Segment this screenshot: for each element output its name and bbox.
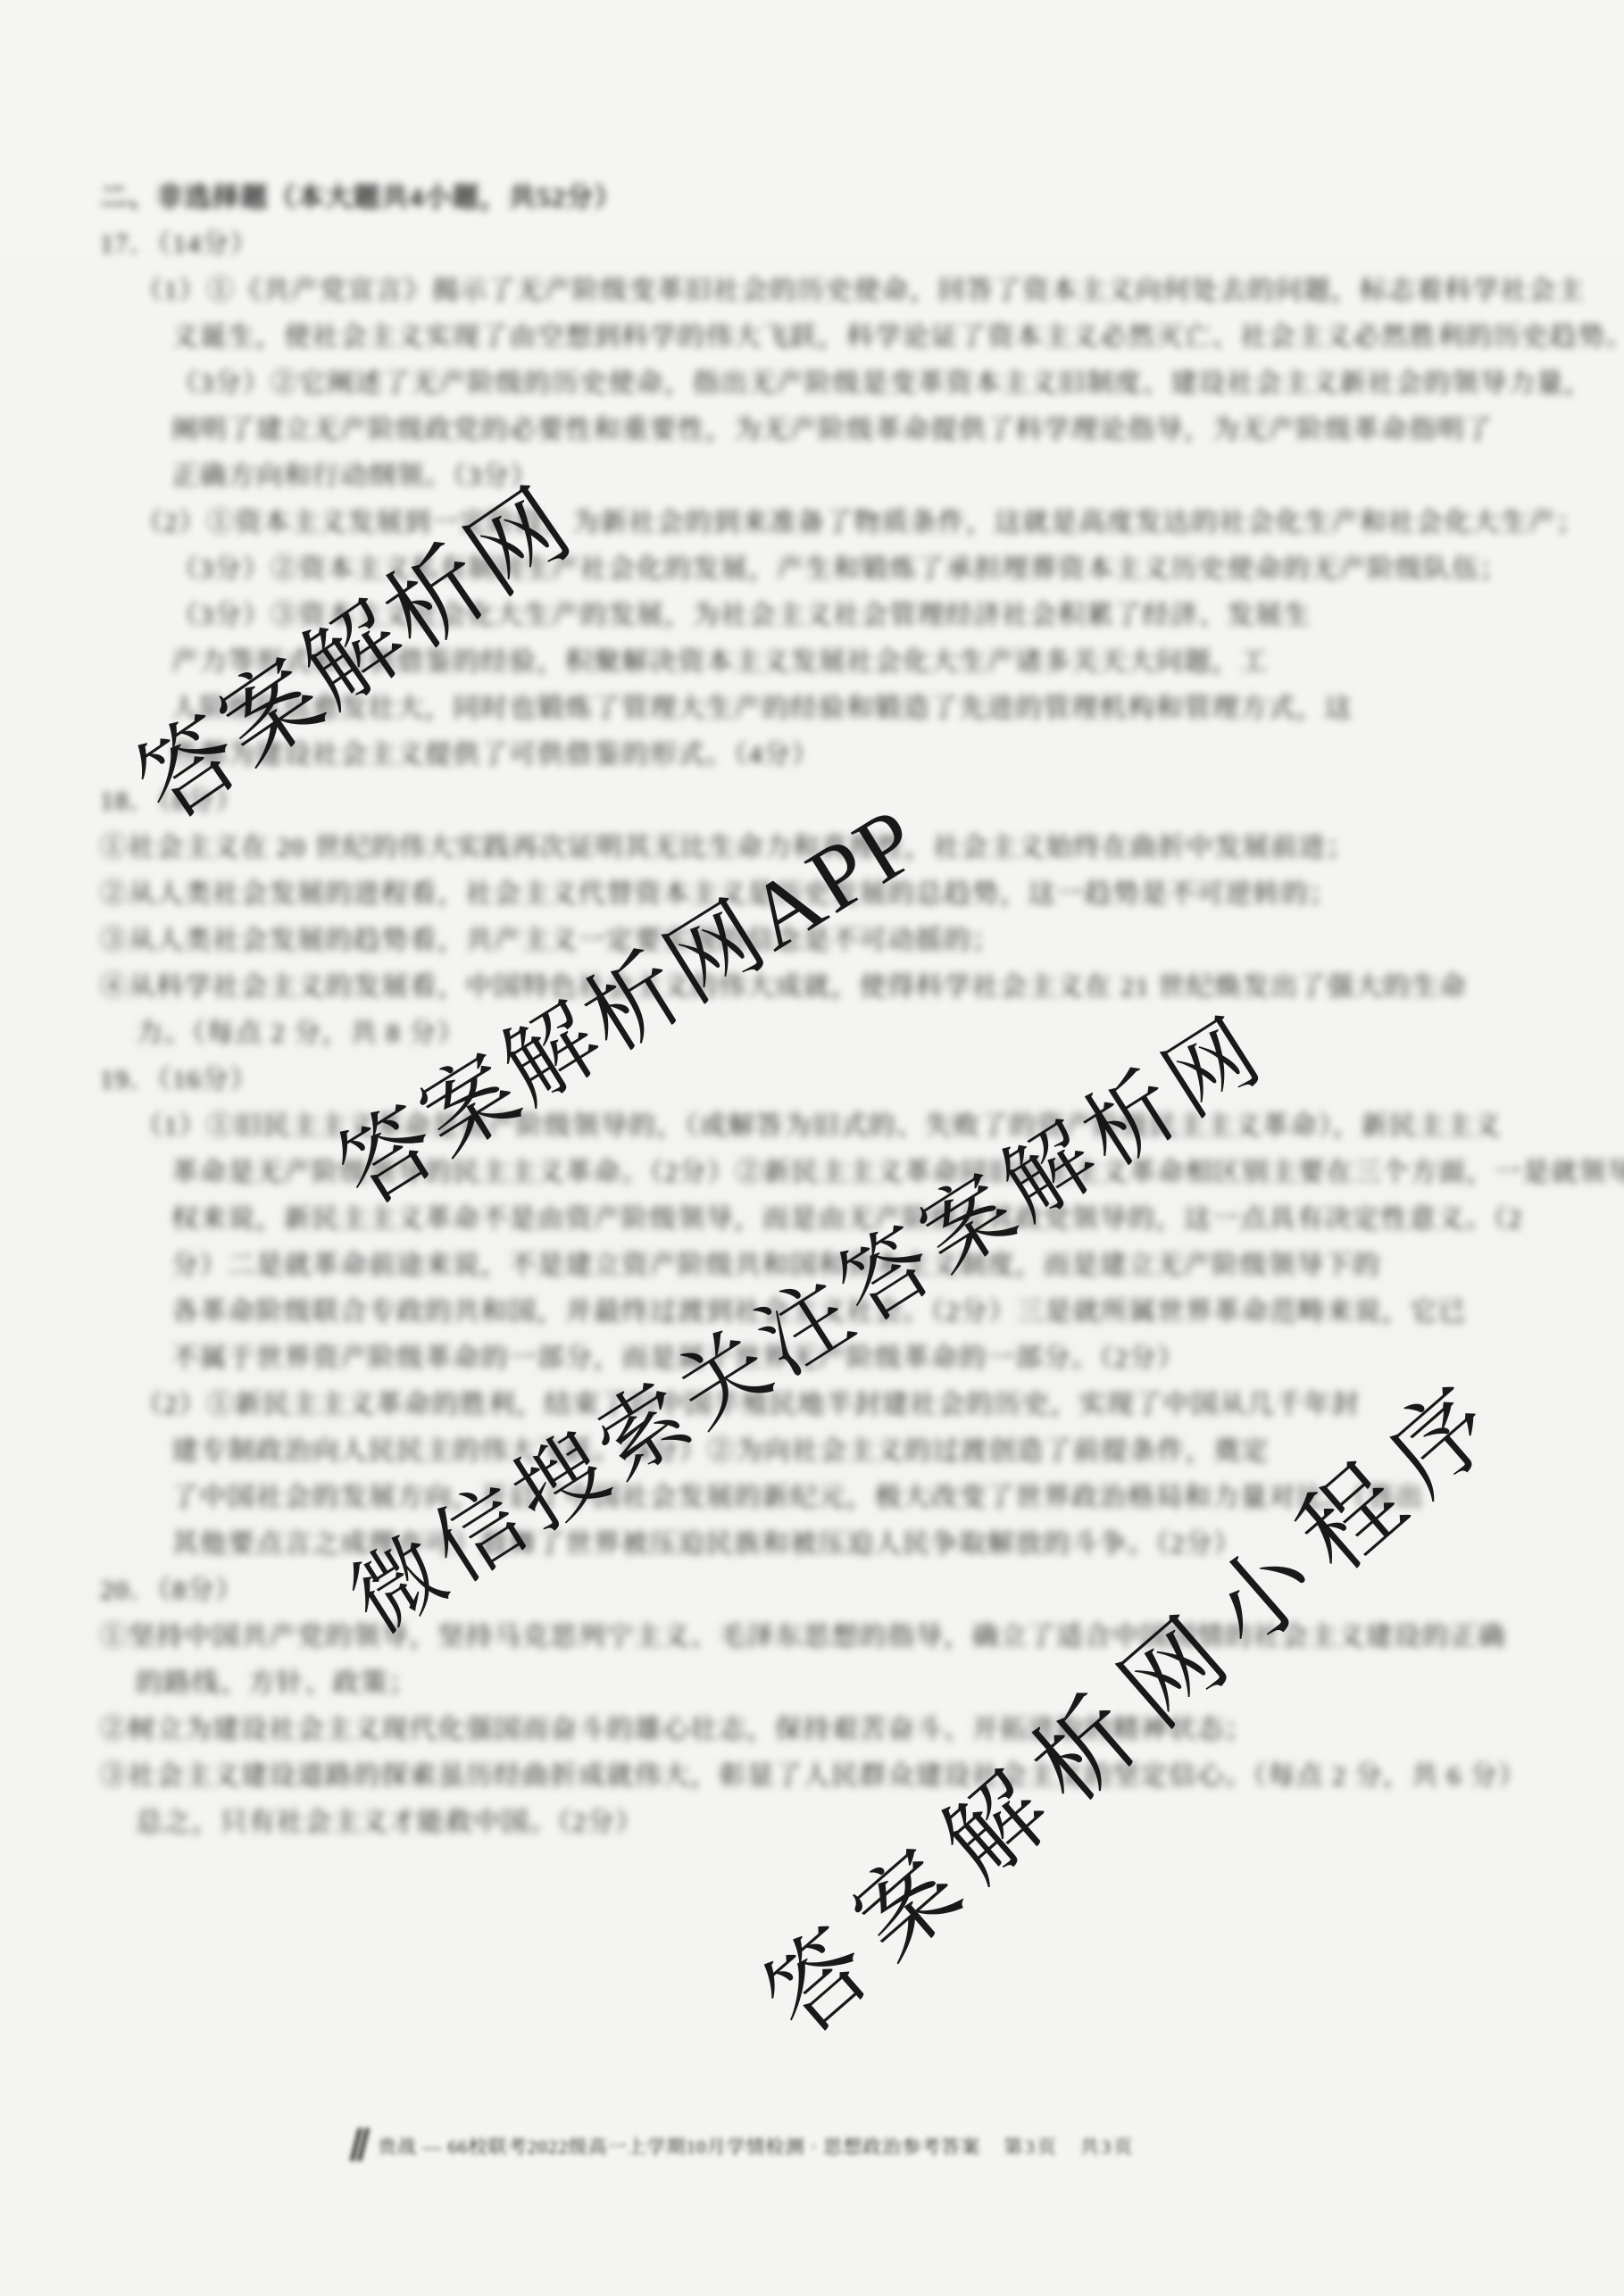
text-line: 的路线、方针、政策； — [100, 1660, 1528, 1707]
text-line: 总之，只有社会主义才能救中国。（2分） — [100, 1800, 1528, 1846]
text-line: 产力等形式和可供借鉴的经验，积聚解决资本主义发展社会化大生产诸多关天大问题，工 — [100, 639, 1528, 686]
section-heading: 二、非选择题（本大题共4小题，共52分） — [100, 175, 1528, 221]
text-line: 不属于世界资产阶级革命的一部分，而是属于世界无产阶级革命的一部分。（2分） — [100, 1335, 1528, 1382]
text-line: （3分）②资本主义私有制同生产社会化的发展，产生和锻炼了承担埋葬资本主义历史使命… — [100, 546, 1528, 593]
text-line: 18．（8分） — [100, 778, 1528, 825]
text-line: （2）①新民主主义革命的胜利，结束了旧中国半殖民地半封建社会的历史，实现了中国从… — [100, 1382, 1528, 1428]
text-line: ③社会主义建设道路的探索虽历经曲折成就伟大，彰显了人民群众建设社会主义的坚定信心… — [100, 1753, 1528, 1800]
text-line: （3分）②它阐述了无产阶级的历史使命，指出无产阶级是变革资本主义旧制度、建设社会… — [100, 361, 1528, 407]
text-line: 正确方向和行动纲领。（3分） — [100, 453, 1528, 500]
text-line: 人阶级队伍愈发壮大，同时也锻炼了管理大生产的经验和锻造了先进的管理机构和管理方式… — [100, 686, 1528, 732]
text-line: 19．（16分） — [100, 1057, 1528, 1103]
text-line: 建专制政治向人民民主的伟大飞跃。（4分）②为向社会主义的过渡创造了前提条件，奠定 — [100, 1428, 1528, 1475]
text-line: ④从科学社会主义的发展看，中国特色社会主义的伟大成就，使得科学社会主义在 21 … — [100, 964, 1528, 1011]
text-line: （3分）③资本主义社会化大生产的发展，为社会主义社会管理经济社会积累了经济、发展… — [100, 593, 1528, 639]
page-footer: ∥ 贵战 — 66校联考2022级高一上学期10月学情检测 · 思想政治参考答案… — [350, 2128, 1135, 2164]
publisher-logo-icon: ∥ — [346, 2128, 373, 2164]
text-line: 其他要点言之成理亦可）鼓舞了世界被压迫民族和被压迫人民争取解放的斗争。（2分） — [100, 1521, 1528, 1568]
text-line: ③从人类社会发展的趋势看，共产主义一定要实现的信念是不可动摇的； — [100, 918, 1528, 964]
text-line: 力。（每点 2 分，共 8 分） — [100, 1011, 1528, 1057]
text-line: 17．（14分） — [100, 221, 1528, 268]
text-line: （1）①《共产党宣言》揭示了无产阶级变革旧社会的历史使命，回答了资本主义向何处去… — [100, 268, 1528, 314]
text-line: 各革命阶级联合专政的共和国，并最终过渡到社会主义社会。（2分）三是就所属世界革命… — [100, 1289, 1528, 1335]
text-line: ②树立为建设社会主义现代化强国而奋斗的雄心壮志，保持艰苦奋斗、开拓进取的精神状态… — [100, 1707, 1528, 1753]
footer-title: 贵战 — 66校联考2022级高一上学期10月学情检测 · 思想政治参考答案 — [378, 2133, 980, 2159]
text-line: 阐明了建立无产阶级政党的必要性和重要性，为无产阶级革命提供了科学理论指导，为无产… — [100, 407, 1528, 453]
text-line: 了中国社会的发展方向，开启了中国社会发展的新纪元，极大改变了世界政治格局和力量对… — [100, 1475, 1528, 1521]
text-line: 分）二是就革命前途来说，不是建立资产阶级共和国和资本主义制度，而是建立无产阶级领… — [100, 1243, 1528, 1289]
text-line: （1）①旧民主主义革命是资产阶级领导的，（或解答为旧式的、失败了的资产阶级民主主… — [100, 1103, 1528, 1150]
text-line: 些都为建设社会主义提供了可供借鉴的形式。（4分） — [100, 732, 1528, 778]
text-line: 革命是无产阶级领导的民主主义革命。（2分）②新民主主义革命同旧民主主义革命相区别… — [100, 1150, 1528, 1196]
text-line: ①坚持中国共产党的领导，坚持马克思列宁主义、毛泽东思想的指导，确立了适合中国国情… — [100, 1614, 1528, 1660]
footer-page-number: 第3页 共3页 — [1004, 2133, 1135, 2159]
text-line: （2）①资本主义发展到一定阶段，为新社会的到来准备了物质条件，这就是高度发达的社… — [100, 500, 1528, 546]
text-line: 义诞生，使社会主义实现了由空想到科学的伟大飞跃，科学论证了资本主义必然灭亡、社会… — [100, 314, 1528, 361]
text-line: 20．（8分） — [100, 1568, 1528, 1614]
text-line: 权来说，新民主主义革命不是由资产阶级领导，而是由无产阶级及其政党领导的，这一点具… — [100, 1196, 1528, 1243]
text-line: ②从人类社会发展的进程看，社会主义代替资本主义是历史发展的总趋势，这一趋势是不可… — [100, 871, 1528, 918]
document-page: 二、非选择题（本大题共4小题，共52分）17．（14分）（1）①《共产党宣言》揭… — [0, 0, 1624, 2296]
text-line: ①社会主义在 20 世纪的伟大实践再次证明其无比生命力和真理性，社会主义始终在曲… — [100, 825, 1528, 871]
answer-text-block: 二、非选择题（本大题共4小题，共52分）17．（14分）（1）①《共产党宣言》揭… — [100, 175, 1528, 1846]
